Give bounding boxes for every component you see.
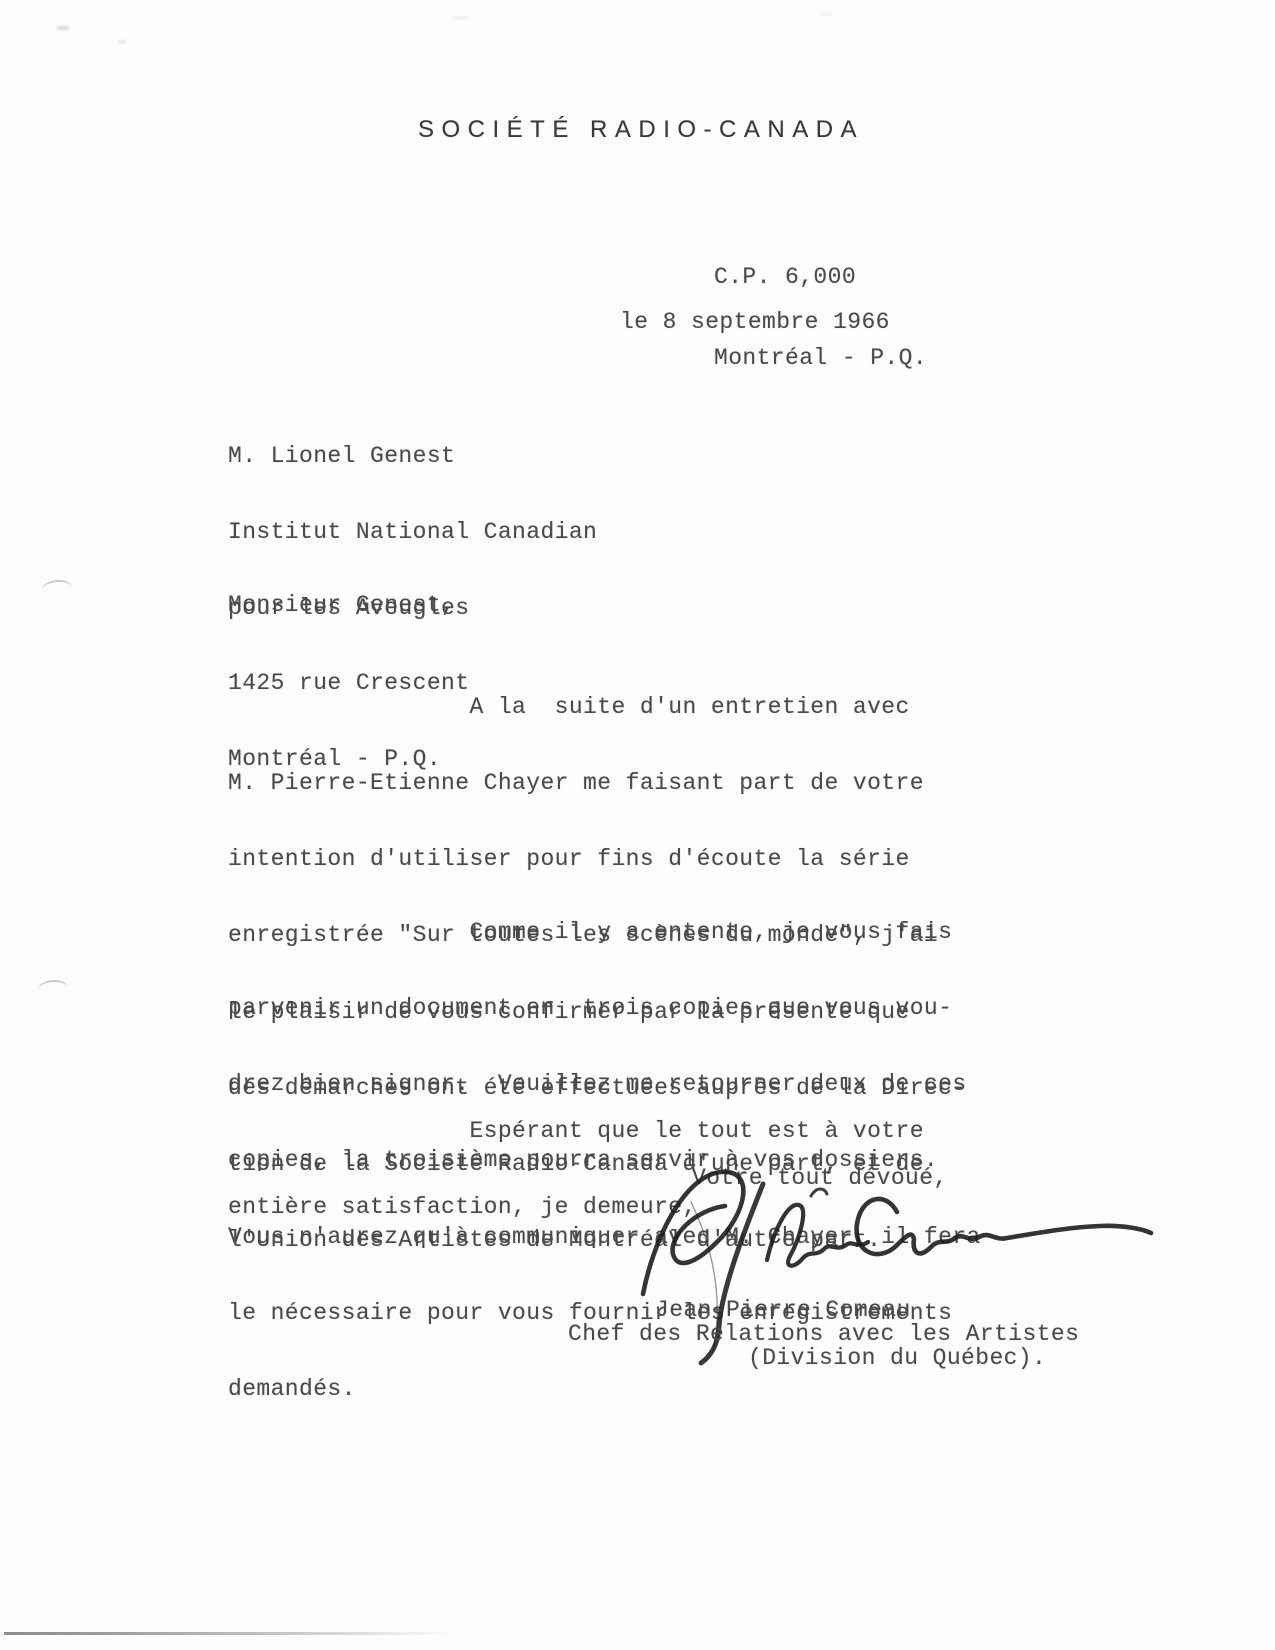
address-line: Institut National Canadian bbox=[228, 520, 597, 545]
signature-name: Jean-Pierre Comeau bbox=[655, 1298, 911, 1323]
scan-artifact bbox=[56, 26, 70, 30]
address-line: M. Lionel Genest bbox=[228, 444, 597, 469]
signature-title-line: (Division du Québec). bbox=[748, 1346, 1046, 1371]
paragraph-line: A la suite d'un entretien avec bbox=[228, 695, 967, 720]
scan-artifact bbox=[452, 16, 470, 19]
paragraph-line: Espérant que le tout est à votre bbox=[228, 1119, 924, 1144]
signature-title-line: Chef des Relations avec les Artistes bbox=[568, 1322, 1079, 1347]
salutation: Monsieur Genest, bbox=[228, 593, 455, 618]
scan-artifact bbox=[818, 13, 834, 16]
letterhead-title: SOCIÉTÉ RADIO-CANADA bbox=[418, 116, 864, 144]
letter-page: SOCIÉTÉ RADIO-CANADA C.P. 6,000 Montréal… bbox=[0, 0, 1275, 1650]
return-address-line: C.P. 6,000 bbox=[714, 264, 927, 291]
scan-artifact bbox=[42, 579, 73, 590]
paragraph-line: Comme il y a entente, je vous fais bbox=[228, 920, 981, 945]
paragraph-line: demandés. bbox=[228, 1377, 981, 1402]
paragraph-line: M. Pierre-Etienne Chayer me faisant part… bbox=[228, 771, 967, 796]
scan-artifact bbox=[118, 40, 126, 44]
paragraph-line: parvenir un document en trois copies que… bbox=[228, 996, 981, 1021]
bottom-scan-line bbox=[4, 1632, 456, 1635]
scan-artifact bbox=[38, 979, 68, 990]
date-line: le 8 septembre 1966 bbox=[620, 310, 890, 335]
return-address-line: Montréal - P.Q. bbox=[714, 345, 927, 372]
